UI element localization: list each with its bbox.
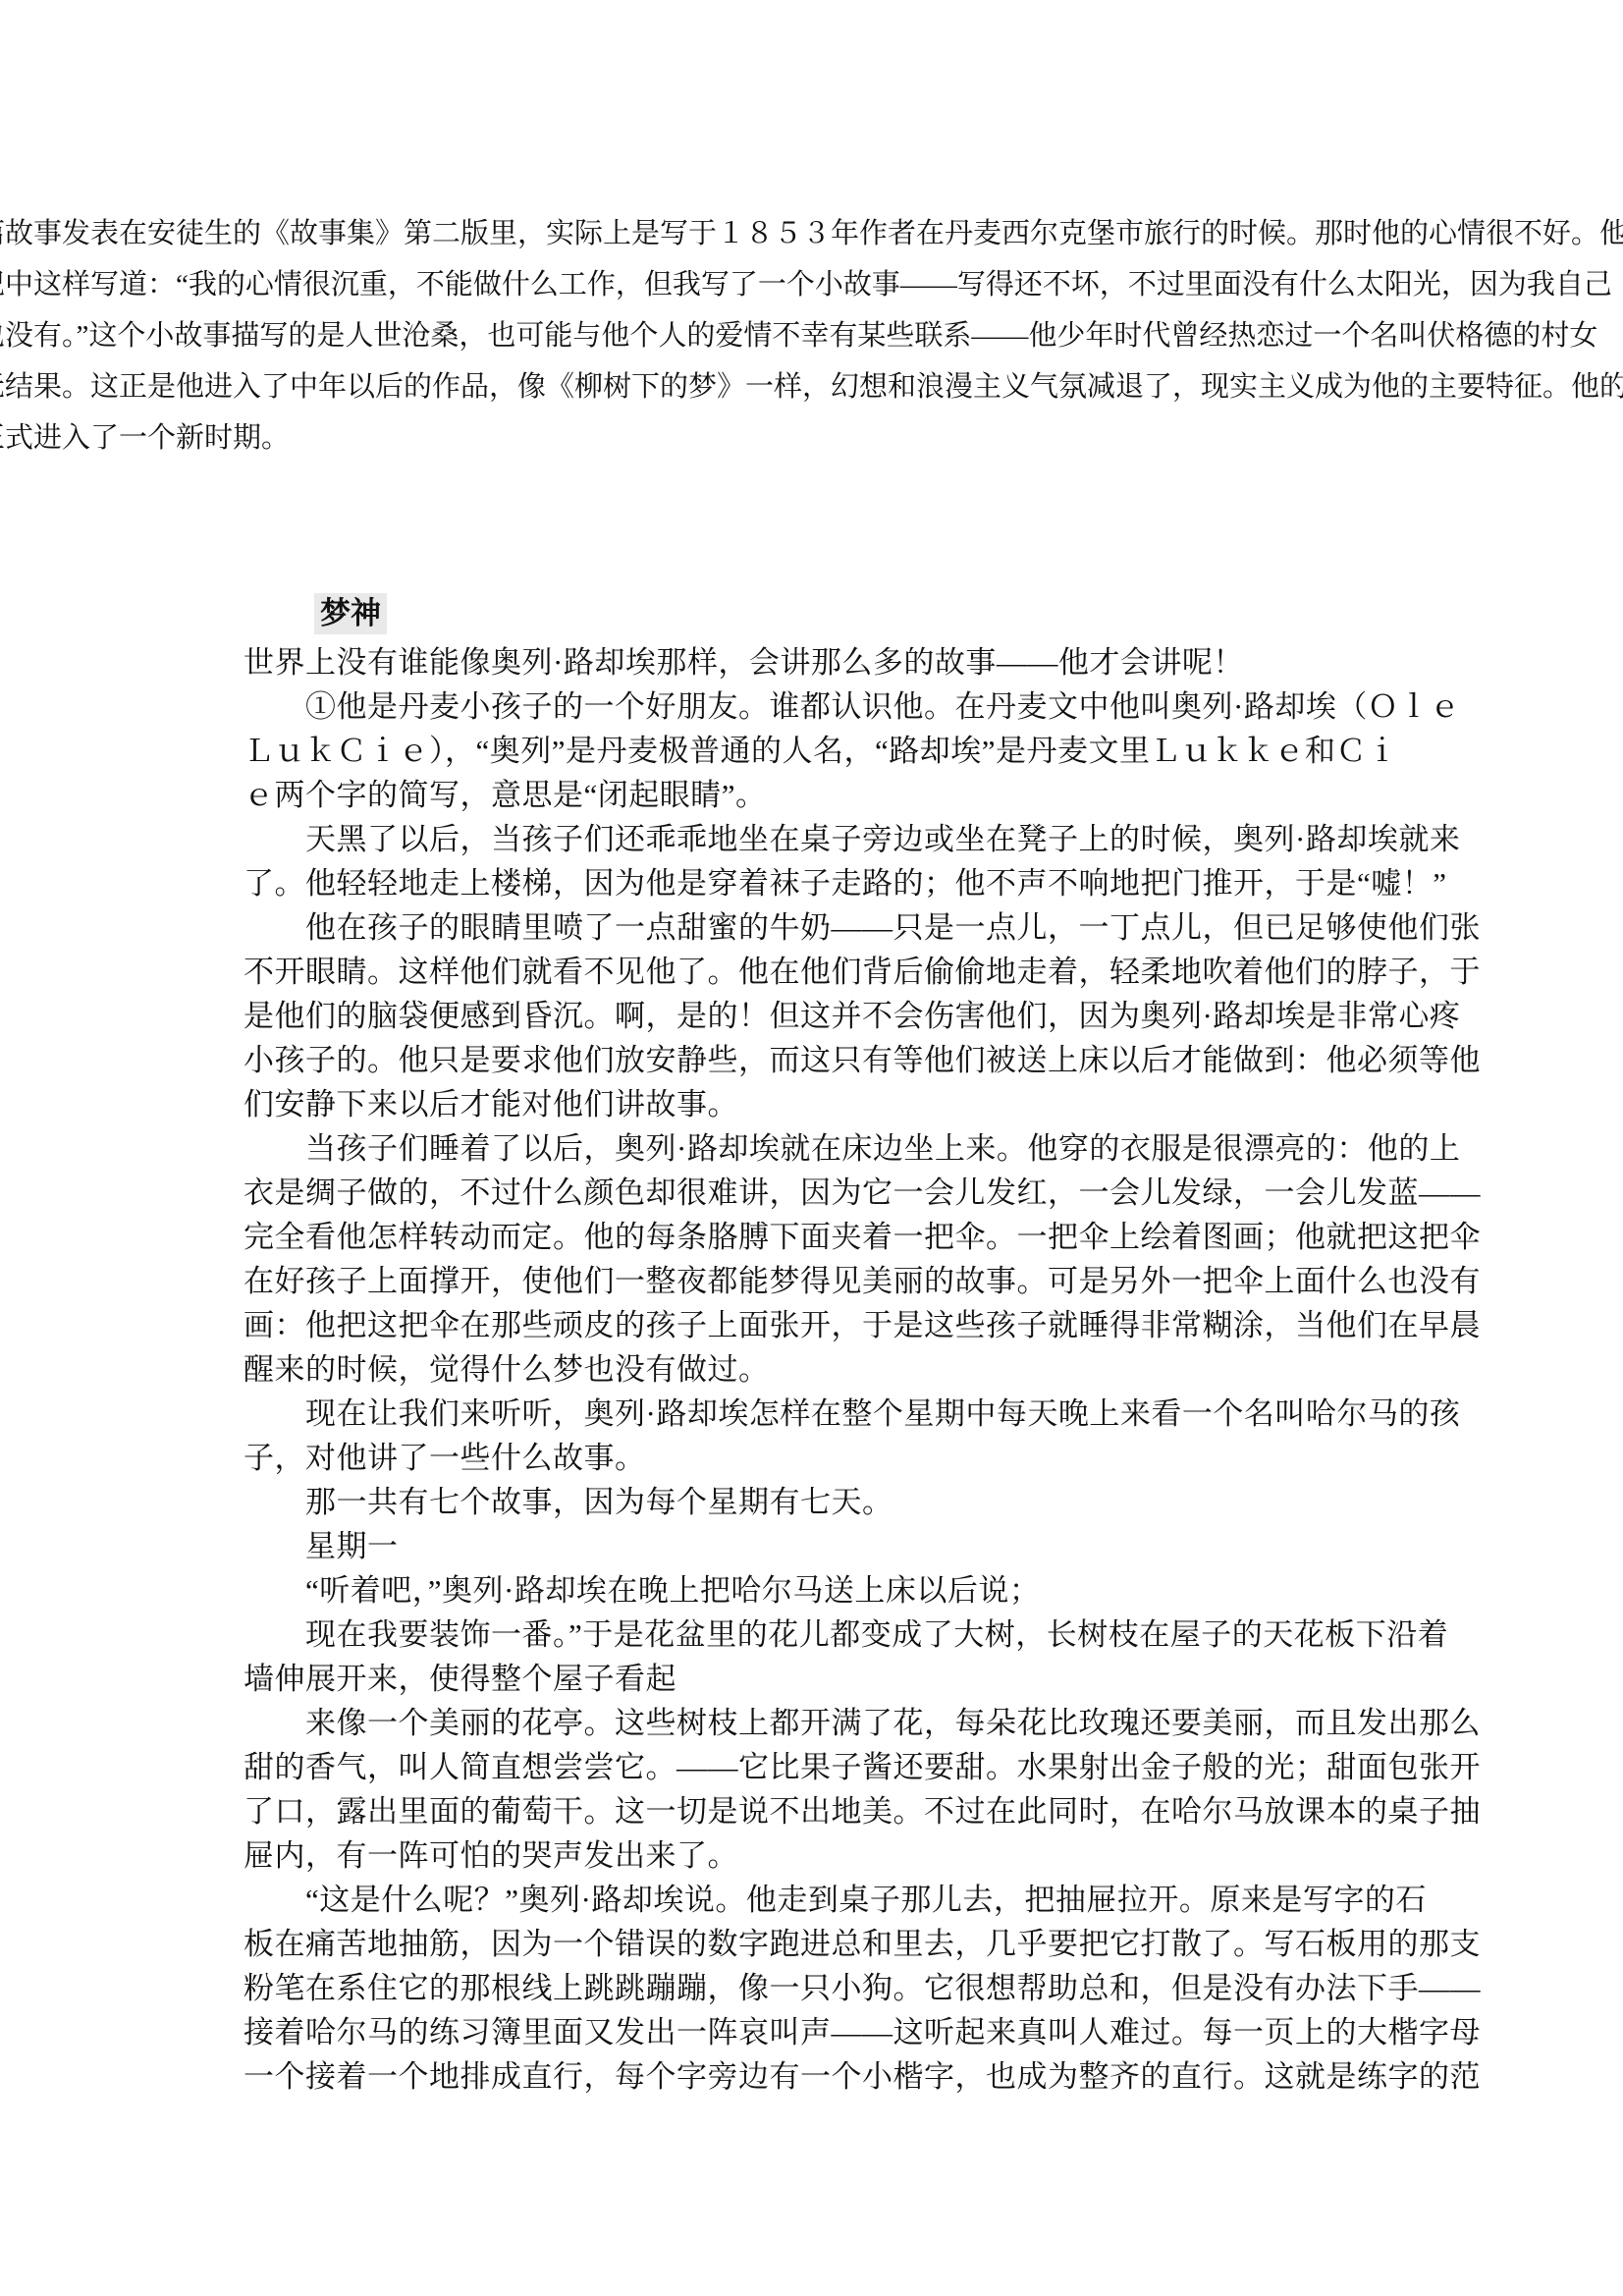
document-page: { "page": { "background": "#ffffff", "te… (0, 0, 1623, 2296)
text-line: 墙伸展开来，使得整个屋子看起 (243, 1657, 1520, 1701)
text-line: 来像一个美丽的花亭。这些树枝上都开满了花，每朵花比玫瑰还要美丽，而且发出那么 (243, 1701, 1520, 1745)
text-line: 是他们的脑袋便感到昏沉。啊，是的！但这并不会伤害他们，因为奥列·路却埃是非常心疼 (243, 994, 1520, 1038)
text-line: “听着吧，”奥列·路却埃在晚上把哈尔马送上床以后说； (243, 1568, 1520, 1613)
text-line: 小孩子的。他只是要求他们放安静些，而这只有等他们被送上床以后才能做到：他必须等他 (243, 1038, 1520, 1082)
text-line: 板在痛苦地抽筋，因为一个错误的数字跑进总和里去，几乎要把它打散了。写石板用的那支 (243, 1922, 1520, 1966)
text-line: 一个接着一个地排成直行，每个字旁边有一个小楷字，也成为整齐的直行。这就是练字的范 (243, 2054, 1520, 2099)
text-line: 他在孩子的眼睛里喷了一点甜蜜的牛奶——只是一点儿，一丁点儿，但已足够使他们张 (243, 905, 1520, 950)
text-line: 屉内，有一阵可怕的哭声发出来了。 (243, 1833, 1520, 1878)
text-line: 篇故事发表在安徒生的《故事集》第二版里，实际上是写于１８５３年作者在丹麦西尔克堡… (0, 208, 1623, 259)
text-line: 现在我要装饰一番。”于是花盆里的花儿都变成了大树，长树枝在屋子的天花板下沿着 (243, 1613, 1520, 1657)
text-line: 完全看他怎样转动而定。他的每条胳膊下面夹着一把伞。一把伞上绘着图画；他就把这把伞 (243, 1215, 1520, 1259)
text-line: 无结果。这正是他进入了中年以后的作品，像《柳树下的梦》一样，幻想和浪漫主义气氛减… (0, 361, 1623, 412)
story-title: 梦神 (314, 593, 387, 634)
text-line: 粉笔在系住它的那根线上跳跳蹦蹦，像一只小狗。它很想帮助总和，但是没有办法下手—— (243, 1966, 1520, 2010)
text-line: 了。他轻轻地走上楼梯，因为他是穿着袜子走路的；他不声不响地把门推开，于是“嘘！” (243, 861, 1520, 905)
text-line: 画：他把这把伞在那些顽皮的孩子上面张开，于是这些孩子就睡得非常糊涂，当他们在早晨 (243, 1303, 1520, 1347)
text-line: 正式进入了一个新时期。 (0, 412, 1623, 464)
text-line: ｅ两个字的简写，意思是“闭起眼睛”。 (243, 773, 1520, 817)
text-line: 接着哈尔马的练习簿里面又发出一阵哀叫声——这听起来真叫人难过。每一页上的大楷字母 (243, 2010, 1520, 2054)
intro-paragraph: 篇故事发表在安徒生的《故事集》第二版里，实际上是写于１８５３年作者在丹麦西尔克堡… (0, 208, 1623, 464)
text-line: ①他是丹麦小孩子的一个好朋友。谁都认识他。在丹麦文中他叫奥列·路却埃（Ｏｌｅ (243, 684, 1520, 729)
text-line: 也没有。”这个小故事描写的是人世沧桑，也可能与他个人的爱情不幸有某些联系——他少… (0, 310, 1623, 361)
text-line: 当孩子们睡着了以后，奥列·路却埃就在床边坐上来。他穿的衣服是很漂亮的：他的上 (243, 1126, 1520, 1171)
story-title-row: 梦神 (243, 593, 387, 634)
text-line: 星期一 (243, 1524, 1520, 1568)
text-line: 记中这样写道：“我的心情很沉重，不能做什么工作，但我写了一个小故事——写得还不坏… (0, 259, 1623, 310)
text-line: 子，对他讲了一些什么故事。 (243, 1436, 1520, 1480)
text-line: 不开眼睛。这样他们就看不见他了。他在他们背后偷偷地走着，轻柔地吹着他们的脖子，于 (243, 950, 1520, 994)
text-line: 那一共有七个故事，因为每个星期有七天。 (243, 1480, 1520, 1524)
text-line: “这是什么呢？”奥列·路却埃说。他走到桌子那儿去，把抽屉拉开。原来是写字的石 (243, 1878, 1520, 1922)
text-line: 醒来的时候，觉得什么梦也没有做过。 (243, 1347, 1520, 1392)
story-body: 世界上没有谁能像奥列·路却埃那样，会讲那么多的故事——他才会讲呢！ ①他是丹麦小… (243, 640, 1520, 2099)
text-line: 甜的香气，叫人简直想尝尝它。——它比果子酱还要甜。水果射出金子般的光；甜面包张开 (243, 1745, 1520, 1789)
text-line: 天黑了以后，当孩子们还乖乖地坐在桌子旁边或坐在凳子上的时候，奥列·路却埃就来 (243, 817, 1520, 861)
text-line: ＬｕｋＣｉｅ），“奥列”是丹麦极普通的人名，“路却埃”是丹麦文里Ｌｕｋｋｅ和Ｃｉ (243, 729, 1520, 773)
text-line: 世界上没有谁能像奥列·路却埃那样，会讲那么多的故事——他才会讲呢！ (243, 640, 1520, 684)
text-line: 衣是绸子做的，不过什么颜色却很难讲，因为它一会儿发红，一会儿发绿，一会儿发蓝—— (243, 1171, 1520, 1215)
text-line: 了口，露出里面的葡萄干。这一切是说不出地美。不过在此同时，在哈尔马放课本的桌子抽 (243, 1789, 1520, 1833)
text-line: 现在让我们来听听，奥列·路却埃怎样在整个星期中每天晚上来看一个名叫哈尔马的孩 (243, 1392, 1520, 1436)
text-line: 在好孩子上面撑开，使他们一整夜都能梦得见美丽的故事。可是另外一把伞上面什么也没有 (243, 1259, 1520, 1303)
text-line: 们安静下来以后才能对他们讲故事。 (243, 1082, 1520, 1126)
